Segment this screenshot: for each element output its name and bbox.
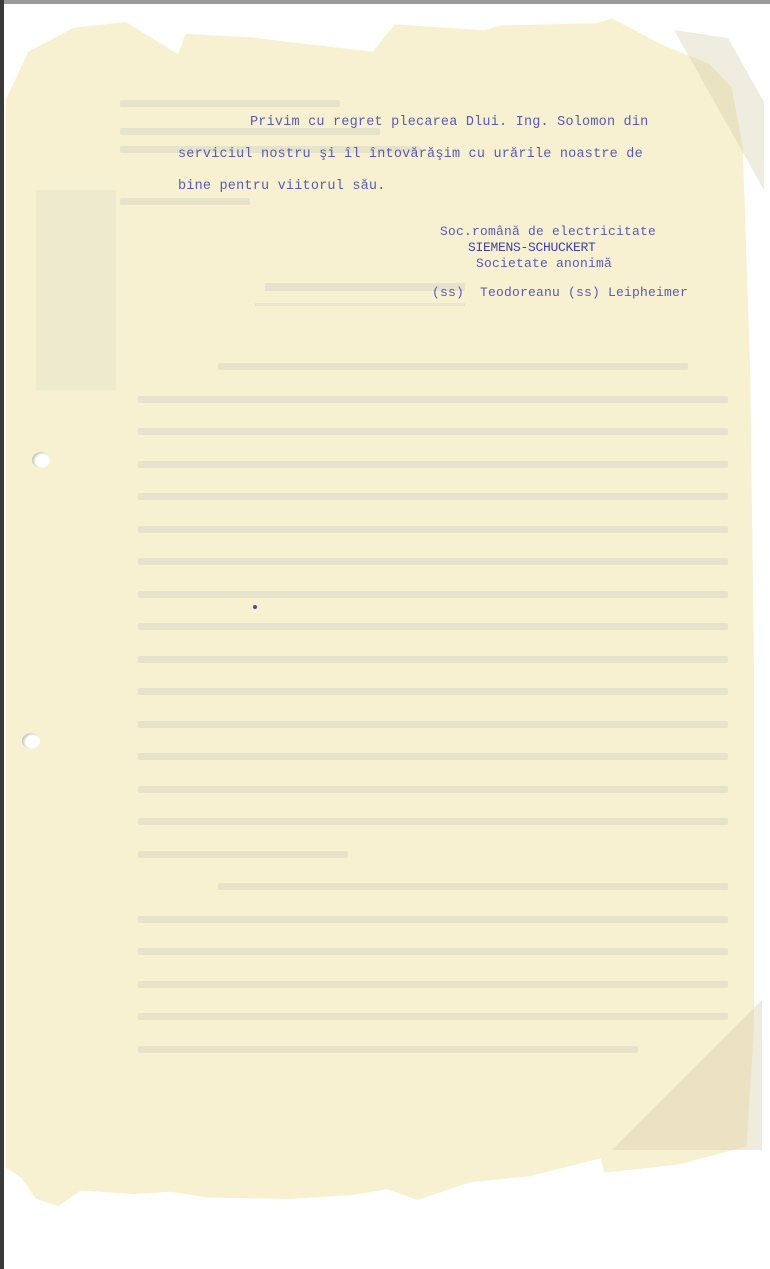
scan-border-top: [0, 0, 770, 4]
signature-company-line: Soc.română de electricitate: [440, 224, 656, 239]
body-line-3: bine pentru viitorul său.: [178, 179, 386, 194]
scan-border-left: [0, 0, 4, 1269]
company-name-text: SIEMENS-SCHUCKERT: [468, 240, 596, 255]
signature-company-type: Societate anonimă: [476, 256, 612, 271]
body-line-1: Privim cu regret plecarea Dlui. Ing. Sol…: [250, 115, 648, 130]
signature-signatories: (ss) Teodoreanu (ss) Leipheimer: [432, 285, 688, 300]
paper-stain: [36, 190, 116, 390]
body-line-2: serviciul nostru şi îl întovărăşim cu ur…: [178, 147, 643, 162]
ink-speck: [253, 605, 257, 609]
punch-hole: [32, 452, 50, 468]
signature-company-name: SIEMENS-SCHUCKERT: [468, 240, 596, 255]
punch-hole: [22, 733, 40, 749]
document-page: [6, 16, 754, 1206]
